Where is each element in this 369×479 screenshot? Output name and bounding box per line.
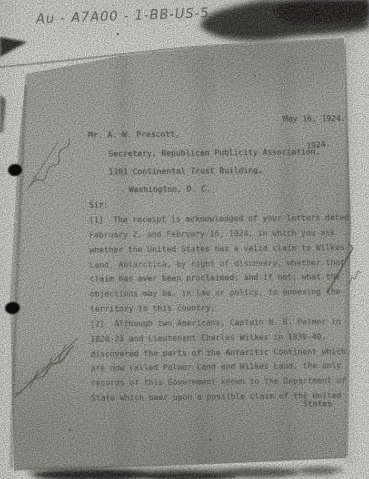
year-stamp-note: 1924. <box>306 139 331 151</box>
scanned-letter-photo: May 16, 1924. Mr. A. W. Prescott, Secret… <box>0 0 369 479</box>
catchword: States <box>303 399 332 408</box>
address-line: 1101 Continental Trust Building, <box>109 166 263 177</box>
recipient-name-line: Mr. A. W. Prescott, <box>88 130 180 140</box>
classification-code: Au - A7A00 - 1-BB-US-5 <box>36 6 226 28</box>
date-line: May 16, 1924. <box>283 114 346 124</box>
corner-shadow-core <box>275 0 369 24</box>
corner-shadow-top-left <box>0 37 27 57</box>
left-edge-sliver <box>0 94 6 133</box>
typed-letter: May 16, 1924. Mr. A. W. Prescott, Secret… <box>60 109 368 432</box>
document-page: May 16, 1924. Mr. A. W. Prescott, Secret… <box>0 0 369 479</box>
city-line: Washington, D. C. <box>129 184 211 194</box>
salutation: Sir: <box>89 201 108 210</box>
letter-body: [1] The receipt is acknowledged of your … <box>89 211 351 407</box>
recipient-title-line: Secretary, Republican Publicity Associat… <box>108 147 320 158</box>
